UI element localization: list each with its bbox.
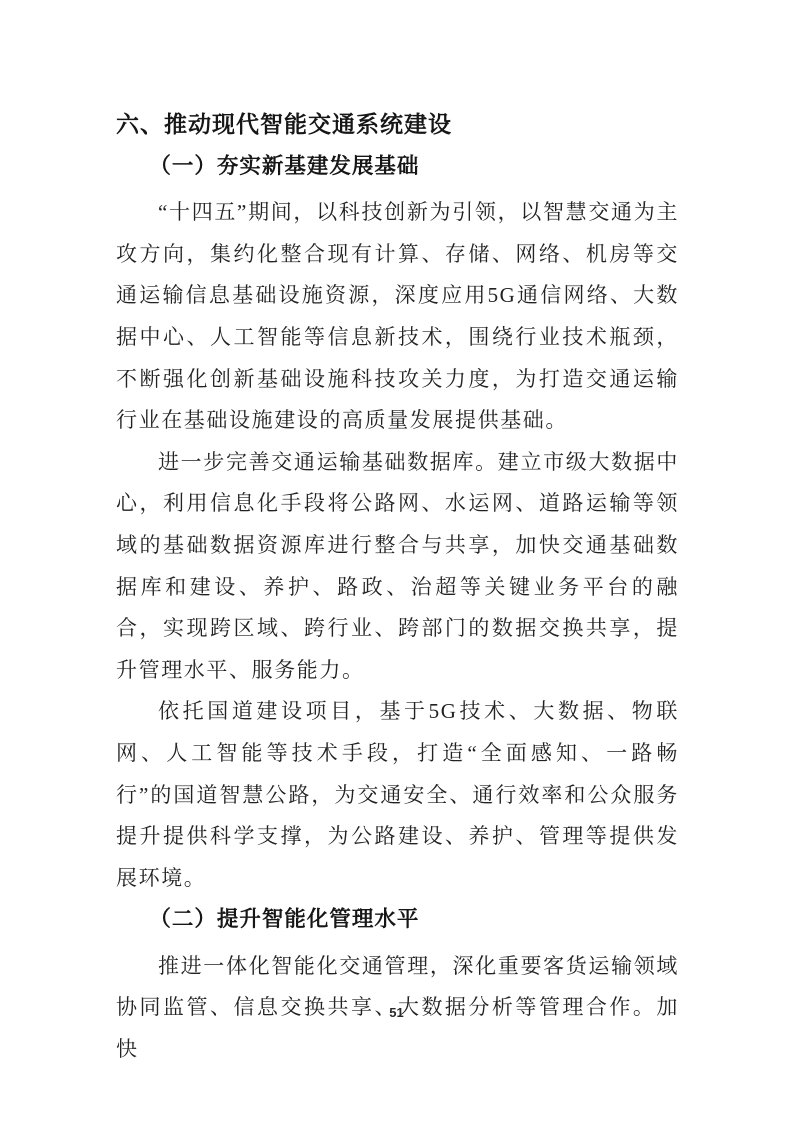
page-number: 51 [0, 1005, 793, 1020]
paragraph: 依托国道建设项目，基于5G技术、大数据、物联网、人工智能等技术手段，打造“全面感… [116, 691, 679, 899]
paragraph: “十四五”期间，以科技创新为引领，以智慧交通为主攻方向，集约化整合现有计算、存储… [116, 192, 679, 442]
document-page: 六、推动现代智能交通系统建设 （一）夯实新基建发展基础 “十四五”期间，以科技创… [0, 0, 793, 1122]
subsection-heading-2: （二）提升智能化管理水平 [116, 899, 679, 941]
subsection-heading-1: （一）夯实新基建发展基础 [116, 146, 679, 188]
paragraph: 进一步完善交通运输基础数据库。建立市级大数据中心，利用信息化手段将公路网、水运网… [116, 442, 679, 692]
chapter-heading: 六、推动现代智能交通系统建设 [116, 104, 679, 146]
